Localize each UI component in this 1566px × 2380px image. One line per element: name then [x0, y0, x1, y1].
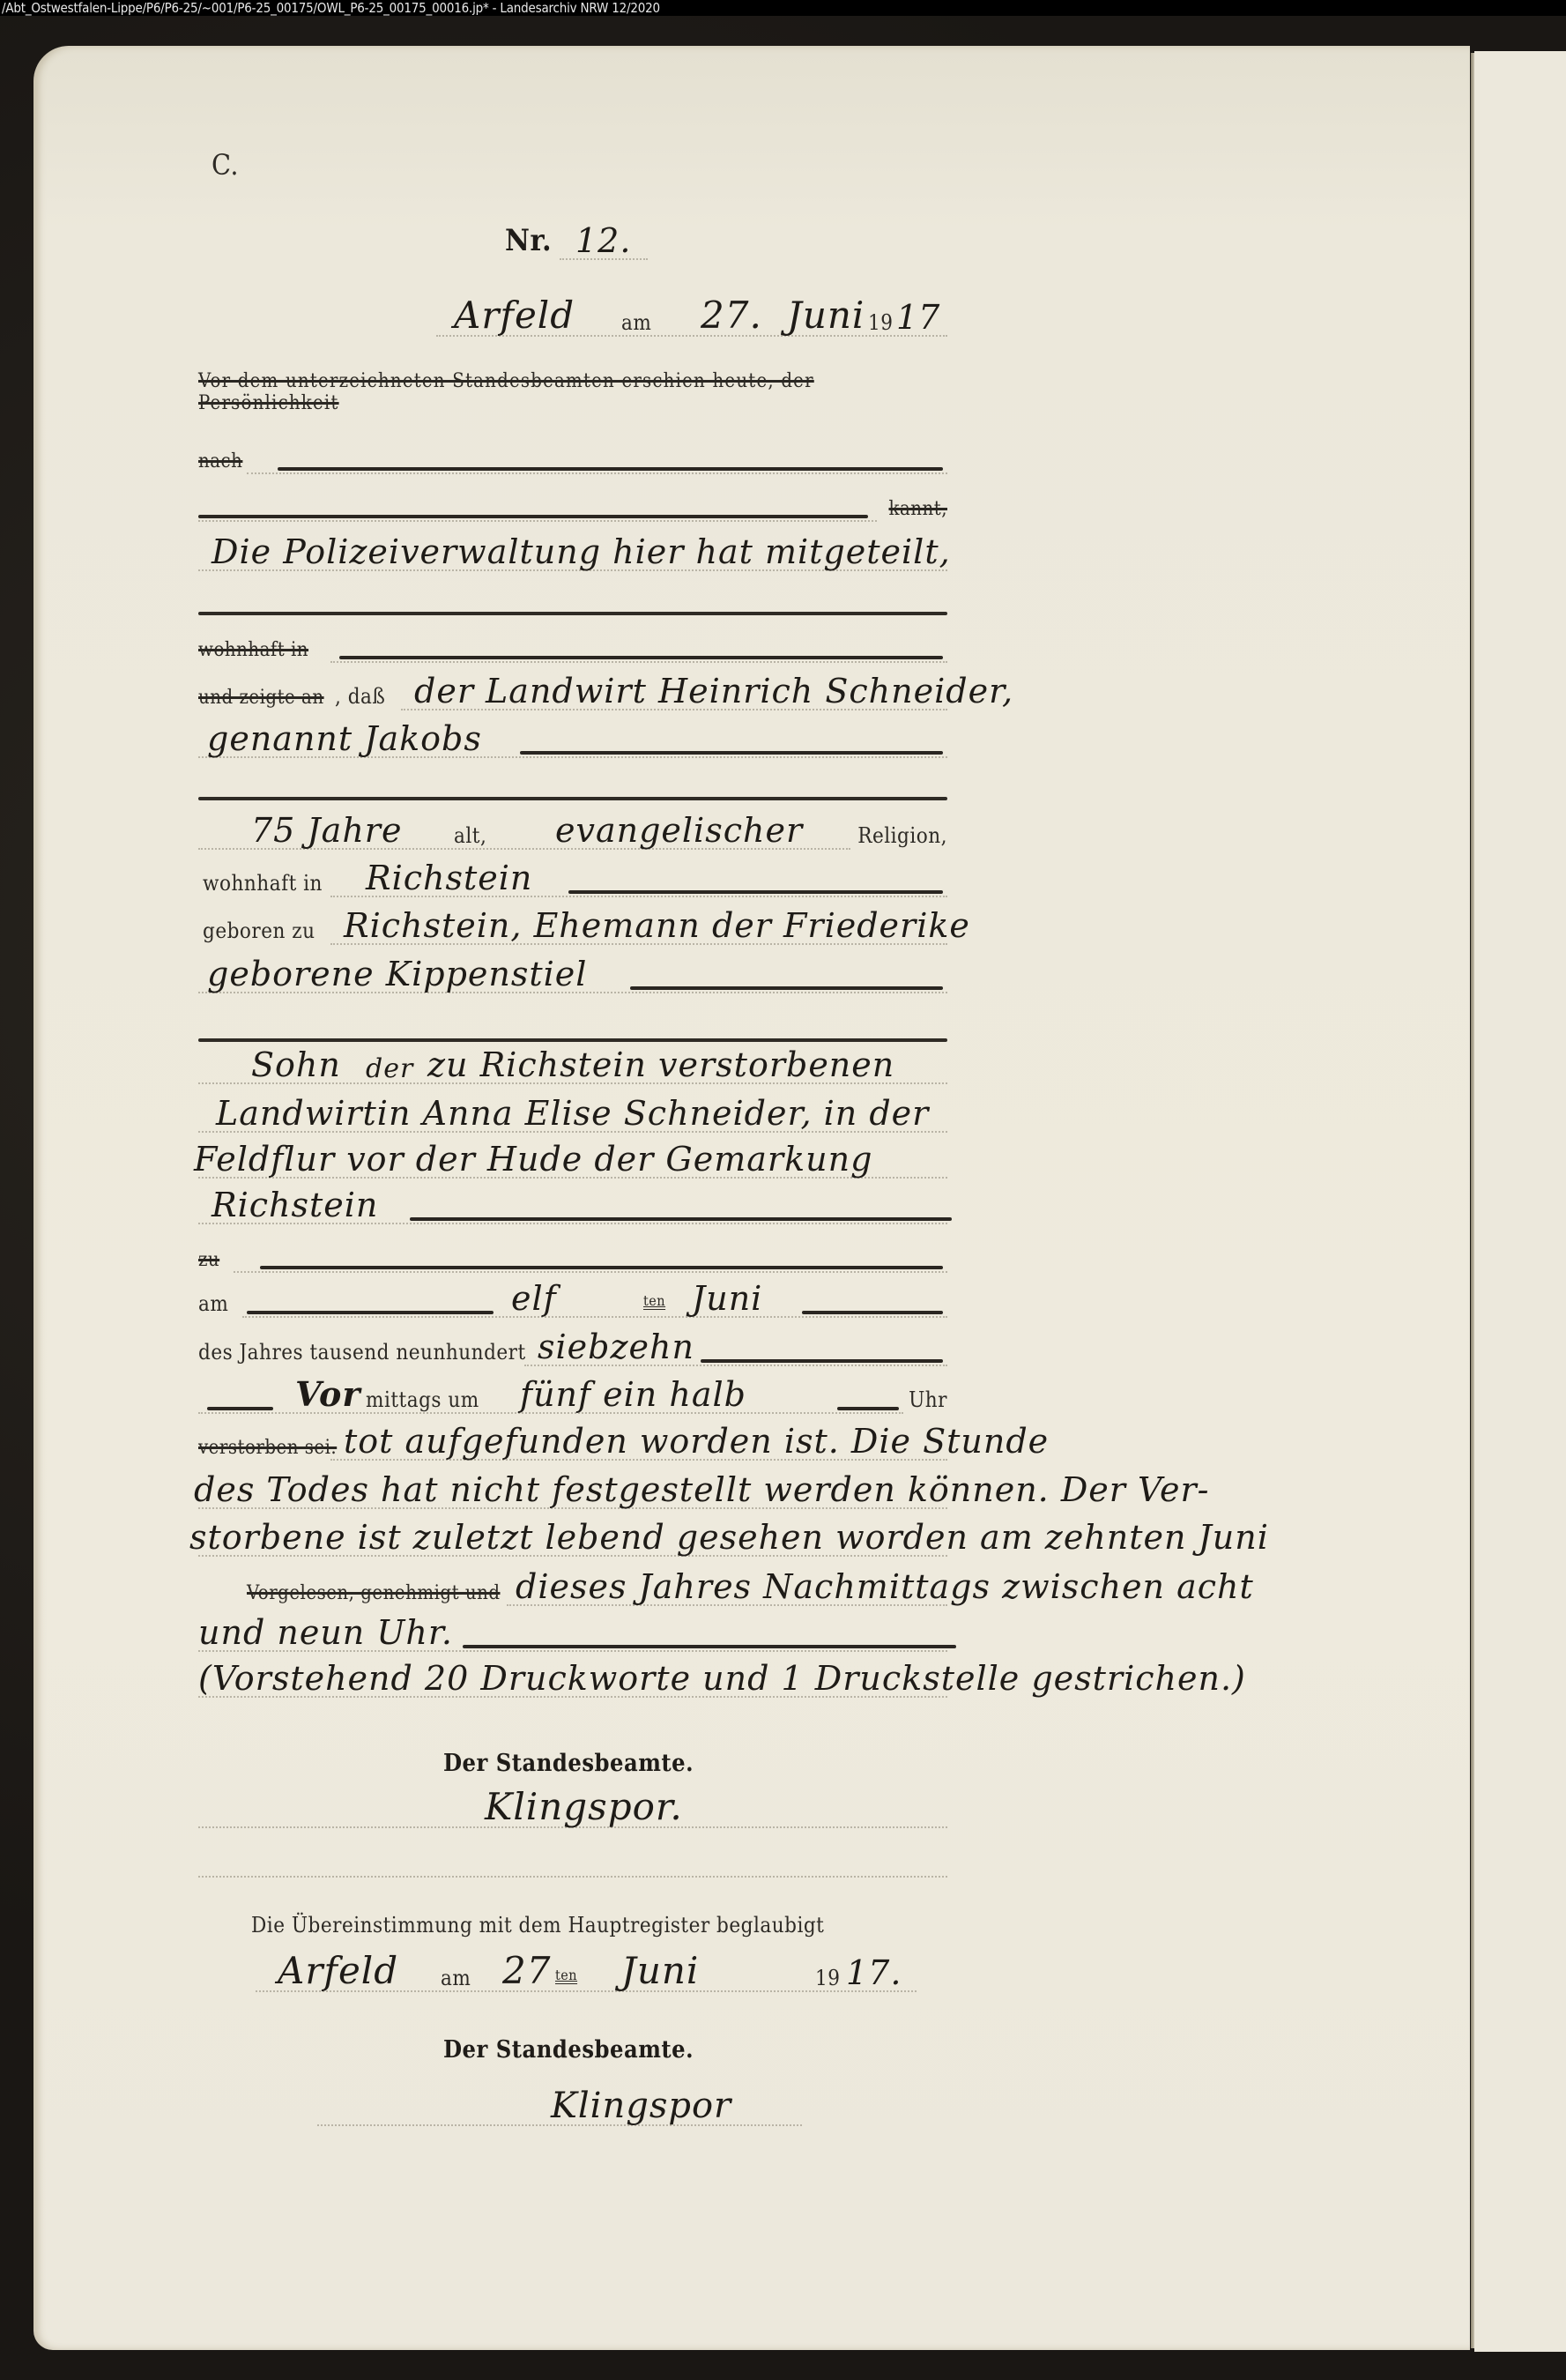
parents-line2: Landwirtin Anna Elise Schneider, in der	[216, 1094, 929, 1133]
religion-value: evangelischer	[555, 811, 803, 850]
residence-label: wohnhaft in	[203, 871, 323, 896]
cert-official-title-row: Der Standesbeamte.	[198, 2030, 947, 2074]
cert-am: am	[441, 1966, 471, 1990]
number-label: Nr.	[505, 223, 552, 258]
informant-row: Die Polizeiverwaltung hier hat mitgeteil…	[198, 536, 947, 580]
year-label: des Jahres tausend neunhundert	[198, 1340, 526, 1365]
birth-label: geboren zu	[203, 919, 315, 943]
found-line1: tot aufgefunden worden ist. Die Stunde	[344, 1422, 1049, 1461]
header-place: Arfeld	[454, 294, 575, 337]
death-am-label: am	[198, 1291, 228, 1316]
deceased-row-1: und zeigte an , daß der Landwirt Heinric…	[198, 675, 947, 719]
place-line1: Feldflur vor der Hude der Gemarkung	[194, 1140, 872, 1179]
header-year-prefix: 19	[868, 310, 893, 335]
found-row-4: Vorgelesen, genehmigt und dieses Jahres …	[198, 1571, 1009, 1615]
next-page-edge	[1474, 51, 1566, 2352]
time-value: fünf ein halb	[520, 1375, 746, 1414]
nach-row: nach	[198, 439, 947, 483]
cert-signature-row: Klingspor	[198, 2091, 947, 2135]
place-line2: Richstein	[212, 1186, 378, 1224]
cert-place: Arfeld	[278, 1949, 398, 1992]
window-title: /Abt_Ostwestfalen-Lippe/P6/P6-25/~001/P6…	[2, 0, 660, 16]
found-row-1: verstorben sei. tot aufgefunden worden i…	[198, 1425, 1009, 1469]
correction-note: (Vorstehend 20 Druckworte und 1 Druckste…	[198, 1659, 1246, 1698]
struck-zeigte: und zeigte an	[198, 687, 324, 709]
cert-month: Juni	[621, 1949, 699, 1992]
birthplace-row: geboren zu Richstein, Ehemann der Friede…	[198, 910, 947, 954]
struck-verstorben: verstorben sei.	[198, 1437, 337, 1459]
residence-value: Richstein	[366, 859, 532, 897]
religion-label: Religion,	[857, 823, 947, 848]
found-row-5: und neun Uhr.	[198, 1617, 1009, 1661]
death-time-row: Vor mittags um fünf ein halb Uhr	[198, 1379, 947, 1423]
place-row-1: Feldflur vor der Hude der Gemarkung	[198, 1143, 947, 1187]
official-title: Der Standesbeamte.	[189, 1750, 947, 1777]
entry-number-row: Nr. 12.	[198, 225, 947, 269]
cert-date-row: Arfeld am 27 ten Juni 19 17.	[198, 1957, 947, 2001]
found-line5: und neun Uhr.	[198, 1613, 453, 1652]
parents-der: der	[366, 1053, 413, 1084]
birth-value: Richstein, Ehemann der Friederike	[344, 906, 970, 945]
struck-zu: zu	[198, 1249, 219, 1271]
certification-row: Die Übereinstimmung mit dem Hauptregiste…	[198, 1904, 947, 1948]
header-year-suffix: 17	[896, 298, 940, 337]
found-line4: dieses Jahres Nachmittags zwischen acht	[516, 1567, 1254, 1606]
dass-label: , daß	[335, 684, 385, 709]
struck-intro-row: Vor dem unterzeichneten Standesbeamten e…	[198, 381, 947, 425]
entry-number: 12.	[575, 221, 631, 260]
rule-row-2	[198, 767, 947, 811]
cert-official-title: Der Standesbeamte.	[189, 2036, 947, 2064]
header-date-row: Arfeld am 27. Juni 19 17	[198, 301, 947, 346]
informant-text: Die Polizeiverwaltung hier hat mitgeteil…	[212, 532, 951, 571]
section-letter: C.	[212, 148, 239, 182]
cert-ten: ten	[555, 1967, 577, 1983]
cert-signature: Klingspor	[551, 2086, 731, 2126]
parents-row-1: Sohn der zu Richstein verstorbenen	[198, 1049, 947, 1093]
parents-row-2: Landwirtin Anna Elise Schneider, in der	[198, 1097, 947, 1142]
struck-vorgelesen: Vorgelesen, genehmigt und	[247, 1582, 501, 1604]
parents-text: zu Richstein verstorbenen	[427, 1045, 894, 1084]
header-am: am	[621, 310, 651, 335]
death-date-row: am elf ten Juni	[198, 1283, 947, 1327]
zu-row: zu	[198, 1238, 947, 1282]
time-label: mittags um	[366, 1387, 479, 1412]
time-prefix: Vor	[295, 1374, 360, 1414]
age-religion-row: 75 Jahre alt, evangelischer Religion,	[198, 814, 947, 859]
kannt-row: kannt,	[198, 487, 947, 531]
struck-intro: Vor dem unterzeichneten Standesbeamten e…	[198, 370, 947, 414]
official-signature: Klingspor.	[485, 1785, 683, 1828]
cert-day: 27	[502, 1949, 551, 1992]
struck-nach: nach	[198, 450, 242, 472]
struck-wohnhaft: wohnhaft in	[198, 639, 308, 661]
death-day: elf	[511, 1279, 557, 1318]
struck-wohnhaft-row: wohnhaft in	[198, 628, 947, 672]
cert-year-prefix: 19	[815, 1966, 840, 1990]
header-day: 27.	[701, 294, 762, 337]
found-line2: des Todes hat nicht festgestellt werden …	[194, 1470, 1210, 1509]
found-row-3: storbene ist zuletzt lebend gesehen word…	[198, 1521, 1009, 1566]
birth-value-2: geborene Kippenstiel	[207, 955, 587, 993]
alt-label: alt,	[454, 823, 486, 848]
uhr-label: Uhr	[909, 1387, 947, 1412]
deceased-name-line1: der Landwirt Heinrich Schneider,	[414, 672, 1013, 710]
residence-row: wohnhaft in Richstein	[198, 862, 947, 906]
birthplace-row-2: geborene Kippenstiel	[198, 958, 947, 1002]
correction-row: (Vorstehend 20 Druckworte und 1 Druckste…	[198, 1662, 1009, 1707]
signature-rule-row	[198, 1842, 947, 1886]
found-row-2: des Todes hat nicht festgestellt werden …	[198, 1474, 1009, 1518]
header-month: Juni	[787, 294, 865, 337]
deceased-name-line2: genannt Jakobs	[207, 719, 482, 758]
place-row-2: Richstein	[198, 1189, 947, 1233]
window-title-bar: /Abt_Ostwestfalen-Lippe/P6/P6-25/~001/P6…	[0, 0, 1566, 16]
certification-text: Die Übereinstimmung mit dem Hauptregiste…	[251, 1913, 824, 1937]
official-title-row: Der Standesbeamte.	[198, 1744, 947, 1788]
death-month: Juni	[692, 1279, 762, 1318]
death-ten: ten	[643, 1292, 665, 1309]
year-value: siebzehn	[538, 1328, 694, 1366]
cert-year-suffix: 17.	[846, 1953, 902, 1992]
found-line3: storbene ist zuletzt lebend gesehen word…	[189, 1518, 1269, 1557]
deceased-row-2: genannt Jakobs	[198, 723, 947, 767]
age-value: 75 Jahre	[251, 811, 402, 850]
struck-kannt: kannt,	[888, 498, 947, 520]
section-letter-row: C.	[198, 148, 947, 192]
parents-sohn: Sohn	[251, 1045, 341, 1084]
rule-row-1	[198, 582, 947, 626]
death-year-row: des Jahres tausend neunhundert siebzehn	[198, 1331, 947, 1375]
official-signature-row: Klingspor.	[198, 1793, 947, 1837]
